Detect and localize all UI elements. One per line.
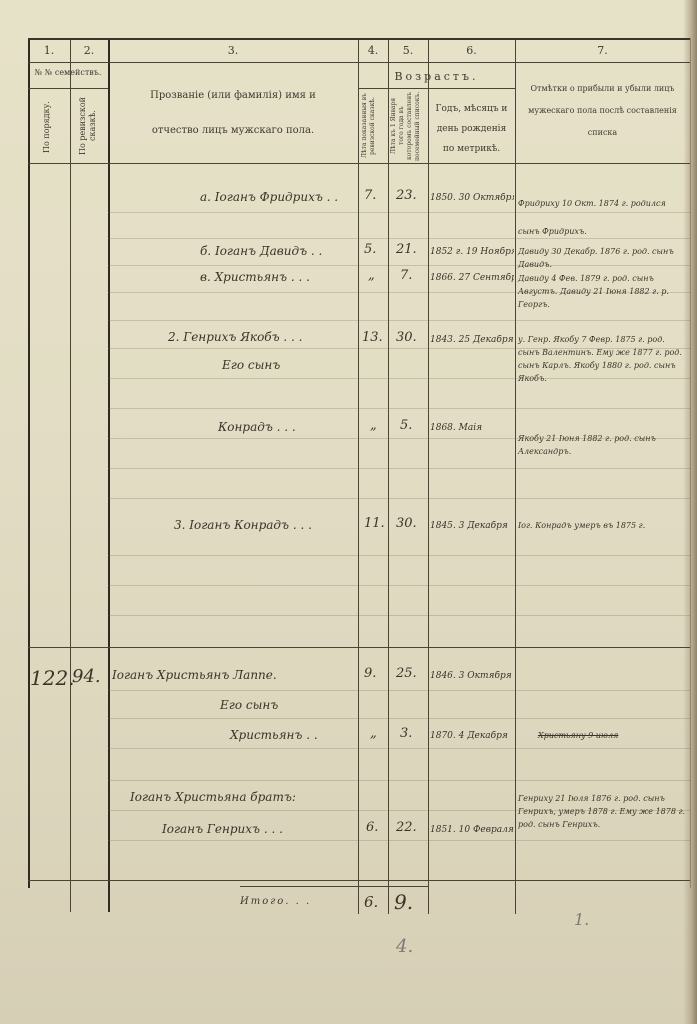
ruled-line [108, 468, 690, 469]
col-numbers-bottom [28, 62, 690, 63]
entry-age-list: 22. [396, 820, 417, 835]
revision-number: 94. [72, 666, 101, 687]
col-number-2: 2. [70, 44, 108, 57]
col-number-5: 5. [388, 44, 428, 57]
entry-age-list: 30. [396, 516, 417, 531]
col-number-6: 6. [428, 44, 515, 57]
entry-age-list: 7. [400, 268, 412, 283]
col1-divider [70, 38, 71, 912]
col6-label-line3: по метрикѣ. [428, 144, 515, 154]
ruled-line [108, 690, 690, 691]
entry-age-list: 23. [396, 188, 417, 203]
entry-note: Генриху 21 Iюля 1876 г. род. сынъ Генрих… [518, 792, 686, 831]
entry-age-revision: „ [370, 418, 377, 433]
entry-name: 2. Генрихъ Якобъ . . . [168, 330, 303, 344]
entry-name: в. Христьянъ . . . [200, 270, 310, 284]
entry-age-revision: 11. [364, 516, 385, 531]
col7-label-line2: мужескаго пола послѣ составленiя [515, 106, 690, 115]
col7-label-line3: списка [515, 128, 690, 137]
entry-name: Его сынъ [222, 358, 280, 372]
col-number-7: 7. [515, 44, 690, 57]
entry-name: б. Iоганъ Давидъ . . [200, 244, 322, 258]
entry-note: Iог. Конрадъ умеръ въ 1875 г. [518, 521, 686, 530]
entry-age-revision: 7. [364, 188, 376, 203]
ruled-line [108, 615, 690, 616]
entry-note: Фридриху 10 Окт. 1874 г. родился сынъ Фр… [518, 190, 686, 246]
entry-birth-date: 1850. 30 Октября [430, 193, 514, 203]
ruled-line [108, 320, 690, 321]
entry-birth-date: 1845. 3 Декабря [430, 521, 514, 531]
entry-age-revision: 5. [364, 242, 376, 257]
entry-birth-date: 1852 г. 19 Ноября [430, 247, 514, 257]
total-col4: 6. [364, 893, 378, 911]
entry-age-revision: 6. [366, 820, 378, 835]
col-number-4: 4. [358, 44, 388, 57]
entry-age-revision: „ [368, 268, 375, 283]
age-label: Возрастъ. [358, 70, 515, 83]
col6-divider [515, 38, 516, 914]
ruled-line [108, 555, 690, 556]
header-bottom [28, 163, 690, 164]
total-under-line [240, 886, 428, 887]
col4-label: Лѣта показанныя въ ревизской сказкѣ. [361, 91, 385, 161]
total-col7-pencil: 1. [574, 910, 589, 929]
entry-birth-date: 1846. 3 Октября [430, 671, 514, 681]
col-number-3: 3. [108, 44, 358, 57]
entry-birth-date: 1866. 27 Сентября [430, 273, 514, 283]
entry-age-list: 3. [400, 726, 412, 741]
family-divider [28, 647, 690, 648]
entry-note: у. Генр. Якобу 7 Февр. 1875 г. род. сынъ… [518, 333, 686, 385]
col6-label-line2: день рожденiя [428, 124, 515, 134]
entry-name: Конрадъ . . . [218, 420, 296, 434]
entry-note: Давиду 4 Фев. 1879 г. род. сынъ Августъ.… [518, 272, 686, 311]
entry-name: Его сынъ [220, 698, 278, 712]
entry-note: Давиду 30 Декабр. 1876 г. род. сынъ Дави… [518, 245, 686, 271]
col1-label: По порядку. [42, 95, 52, 159]
col5-label: Лѣта къ 1 Января того года въ которомъ с… [390, 91, 426, 161]
entry-age-revision: 9. [364, 666, 376, 681]
entry-name: Iоганъ Христьянъ Лаппе. [112, 668, 277, 682]
total-top-line [28, 880, 690, 881]
col4-divider [388, 38, 389, 914]
entry-name: Iоганъ Христьяна братъ: [130, 790, 296, 804]
table-right-border [690, 38, 691, 888]
total-col5: 9. [394, 890, 413, 914]
entry-name: а. Iоганъ Фридрихъ . . [200, 190, 338, 204]
table-top-border [28, 38, 690, 40]
ruled-line [108, 585, 690, 586]
ruled-line [108, 840, 690, 841]
entry-birth-date: 1868. Маія [430, 423, 514, 433]
col3-divider [358, 38, 359, 914]
families-subheader-line [28, 88, 108, 89]
total-label: Итого. . . [240, 896, 350, 907]
col5-divider [428, 38, 429, 914]
entry-birth-date: 1851. 10 Февраля [430, 825, 514, 835]
entry-birth-date: 1870. 4 Декабря [430, 731, 514, 741]
entry-age-list: 25. [396, 666, 417, 681]
families-label: № № семействъ. [30, 68, 106, 77]
col6-label-line1: Годъ, мѣсяцъ и [428, 104, 515, 114]
entry-age-revision: „ [370, 726, 377, 741]
table-left-border [28, 38, 30, 888]
col-number-1: 1. [28, 44, 70, 57]
entry-age-list: 30. [396, 330, 417, 345]
col2-label: По ревизской сказкѣ. [78, 92, 100, 160]
entry-name: Христьянъ . . [230, 728, 318, 742]
col7-label-line1: Отмѣтки о прибыли и убыли лицъ [515, 84, 690, 93]
entry-note: Якобу 21 Iюня 1882 г. род. сынъ Александ… [518, 432, 686, 458]
ruled-line [108, 748, 690, 749]
entry-name: 3. Iоганъ Конрадъ . . . [174, 518, 312, 532]
entry-age-revision: 13. [362, 330, 383, 345]
col3-label-line2: отчество лицъ мужскаго пола. [108, 125, 358, 136]
ruled-line [108, 498, 690, 499]
ruled-line [108, 718, 690, 719]
entry-name: Iоганъ Генрихъ . . . [162, 822, 283, 836]
family-number: 122. [30, 666, 75, 690]
ruled-line [108, 408, 690, 409]
entry-birth-date: 1843. 25 Декабря [430, 335, 514, 345]
age-subheader-line [358, 88, 515, 89]
entry-note-struck: Христьяну 9 июля [538, 731, 618, 740]
ruled-line [108, 780, 690, 781]
entry-age-list: 5. [400, 418, 412, 433]
entry-age-list: 21. [396, 242, 417, 257]
col3-label-line1: Прозванie (или фамилiя) имя и [108, 90, 358, 101]
total-col5-pencil: 4. [396, 936, 413, 957]
